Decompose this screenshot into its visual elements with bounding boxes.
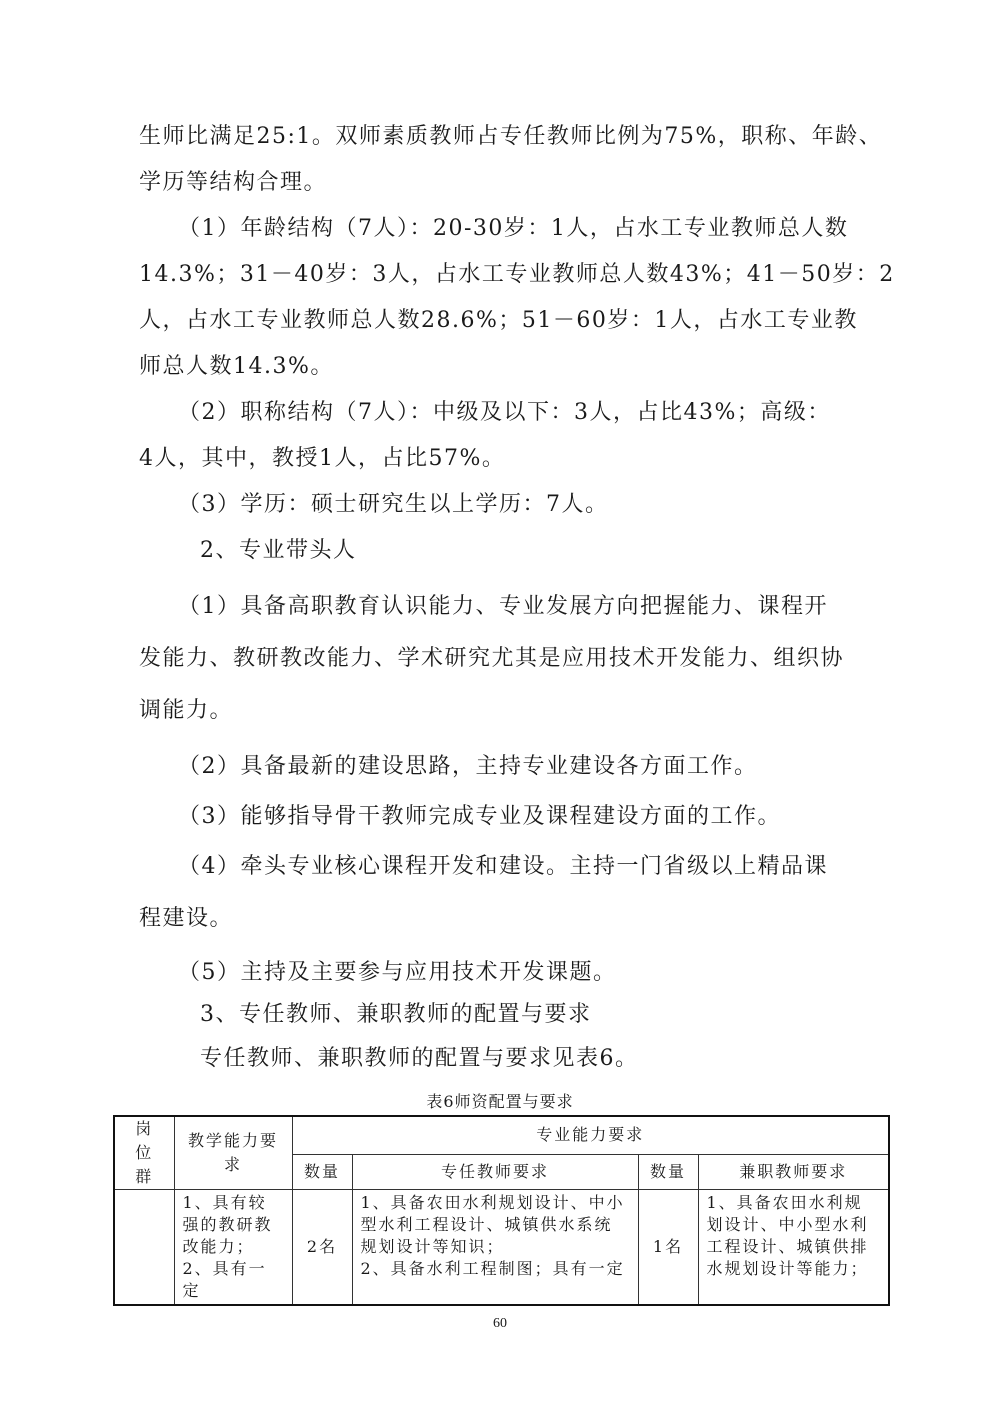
cell-parttime-req: 1、具备农田水利规划设计、中小型水利工程设计、城镇供排水规划设计等能力； [698,1190,889,1306]
table-header-row: 岗位群 教学能力要求 专业能力要求 [114,1116,889,1154]
cell-teaching-ability: 1、具有较强的教研教改能力； 2、具有一定 [174,1190,292,1306]
header-parttime-req: 兼职教师要求 [698,1154,889,1189]
paragraph-line: （2）具备最新的建设思路，主持专业建设各方面工作。 [0,752,1000,782]
header-professional-ability: 专业能力要求 [292,1116,889,1154]
paragraph-line: 专任教师、兼职教师的配置与要求见表6。 [0,1044,1000,1074]
paragraph-line: （3）能够指导骨干教师完成专业及课程建设方面的工作。 [0,802,1000,832]
paragraph-line: 调能力。 [0,696,1000,726]
table-caption: 表6师资配置与要求 [0,1092,1000,1112]
paragraph-line: 师总人数14.3%。 [0,352,1000,382]
paragraph-line: 4人，其中，教授1人，占比57%。 [0,444,1000,474]
section-heading: 2、专业带头人 [0,536,1000,566]
paragraph-line: （3）学历：硕士研究生以上学历：7人。 [0,490,1000,520]
paragraph-line: 发能力、教研教改能力、学术研究尤其是应用技术开发能力、组织协 [0,644,1000,674]
paragraph-line: 人，占水工专业教师总人数28.6%；51－60岁：1人，占水工专业教 [0,306,1000,336]
paragraph-line: （4）牵头专业核心课程开发和建设。主持一门省级以上精品课 [0,852,1000,882]
paragraph-line: 学历等结构合理。 [0,168,1000,198]
section-heading: 3、专任教师、兼职教师的配置与要求 [0,1000,1000,1030]
header-parttime-count: 数量 [638,1154,698,1189]
cell-fulltime-req: 1、具备农田水利规划设计、中小型水利工程设计、城镇供水系统规划设计等知识； 2、… [352,1190,638,1306]
paragraph-line: （2）职称结构（7人）：中级及以下：3人，占比43%；高级： [0,398,1000,428]
header-fulltime-req: 专任教师要求 [352,1154,638,1189]
page-number: 60 [0,1316,1000,1332]
paragraph-line: （1）年龄结构（7人）：20-30岁：1人，占水工专业教师总人数 [0,214,1000,244]
document-page: 生师比满足25:1。双师素质教师占专任教师比例为75%，职称、年龄、 学历等结构… [0,0,1000,1414]
cell-fulltime-count: 2名 [292,1190,352,1306]
cell-post-group [114,1190,174,1306]
paragraph-line: 14.3%；31－40岁：3人，占水工专业教师总人数43%；41－50岁：2 [0,260,1000,290]
paragraph-line: （1）具备高职教育认识能力、专业发展方向把握能力、课程开 [0,592,1000,622]
paragraph-line: 生师比满足25:1。双师素质教师占专任教师比例为75%，职称、年龄、 [0,122,1000,152]
header-post-group: 岗位群 [114,1116,174,1190]
table-row: 1、具有较强的教研教改能力； 2、具有一定 2名 1、具备农田水利规划设计、中小… [114,1190,889,1306]
header-teaching-ability: 教学能力要求 [174,1116,292,1190]
cell-parttime-count: 1名 [638,1190,698,1306]
paragraph-line: 程建设。 [0,904,1000,934]
paragraph-line: （5）主持及主要参与应用技术开发课题。 [0,958,1000,988]
staffing-table: 岗位群 教学能力要求 专业能力要求 数量 专任教师要求 数量 兼职教师要求 1、… [113,1115,890,1306]
header-fulltime-count: 数量 [292,1154,352,1189]
